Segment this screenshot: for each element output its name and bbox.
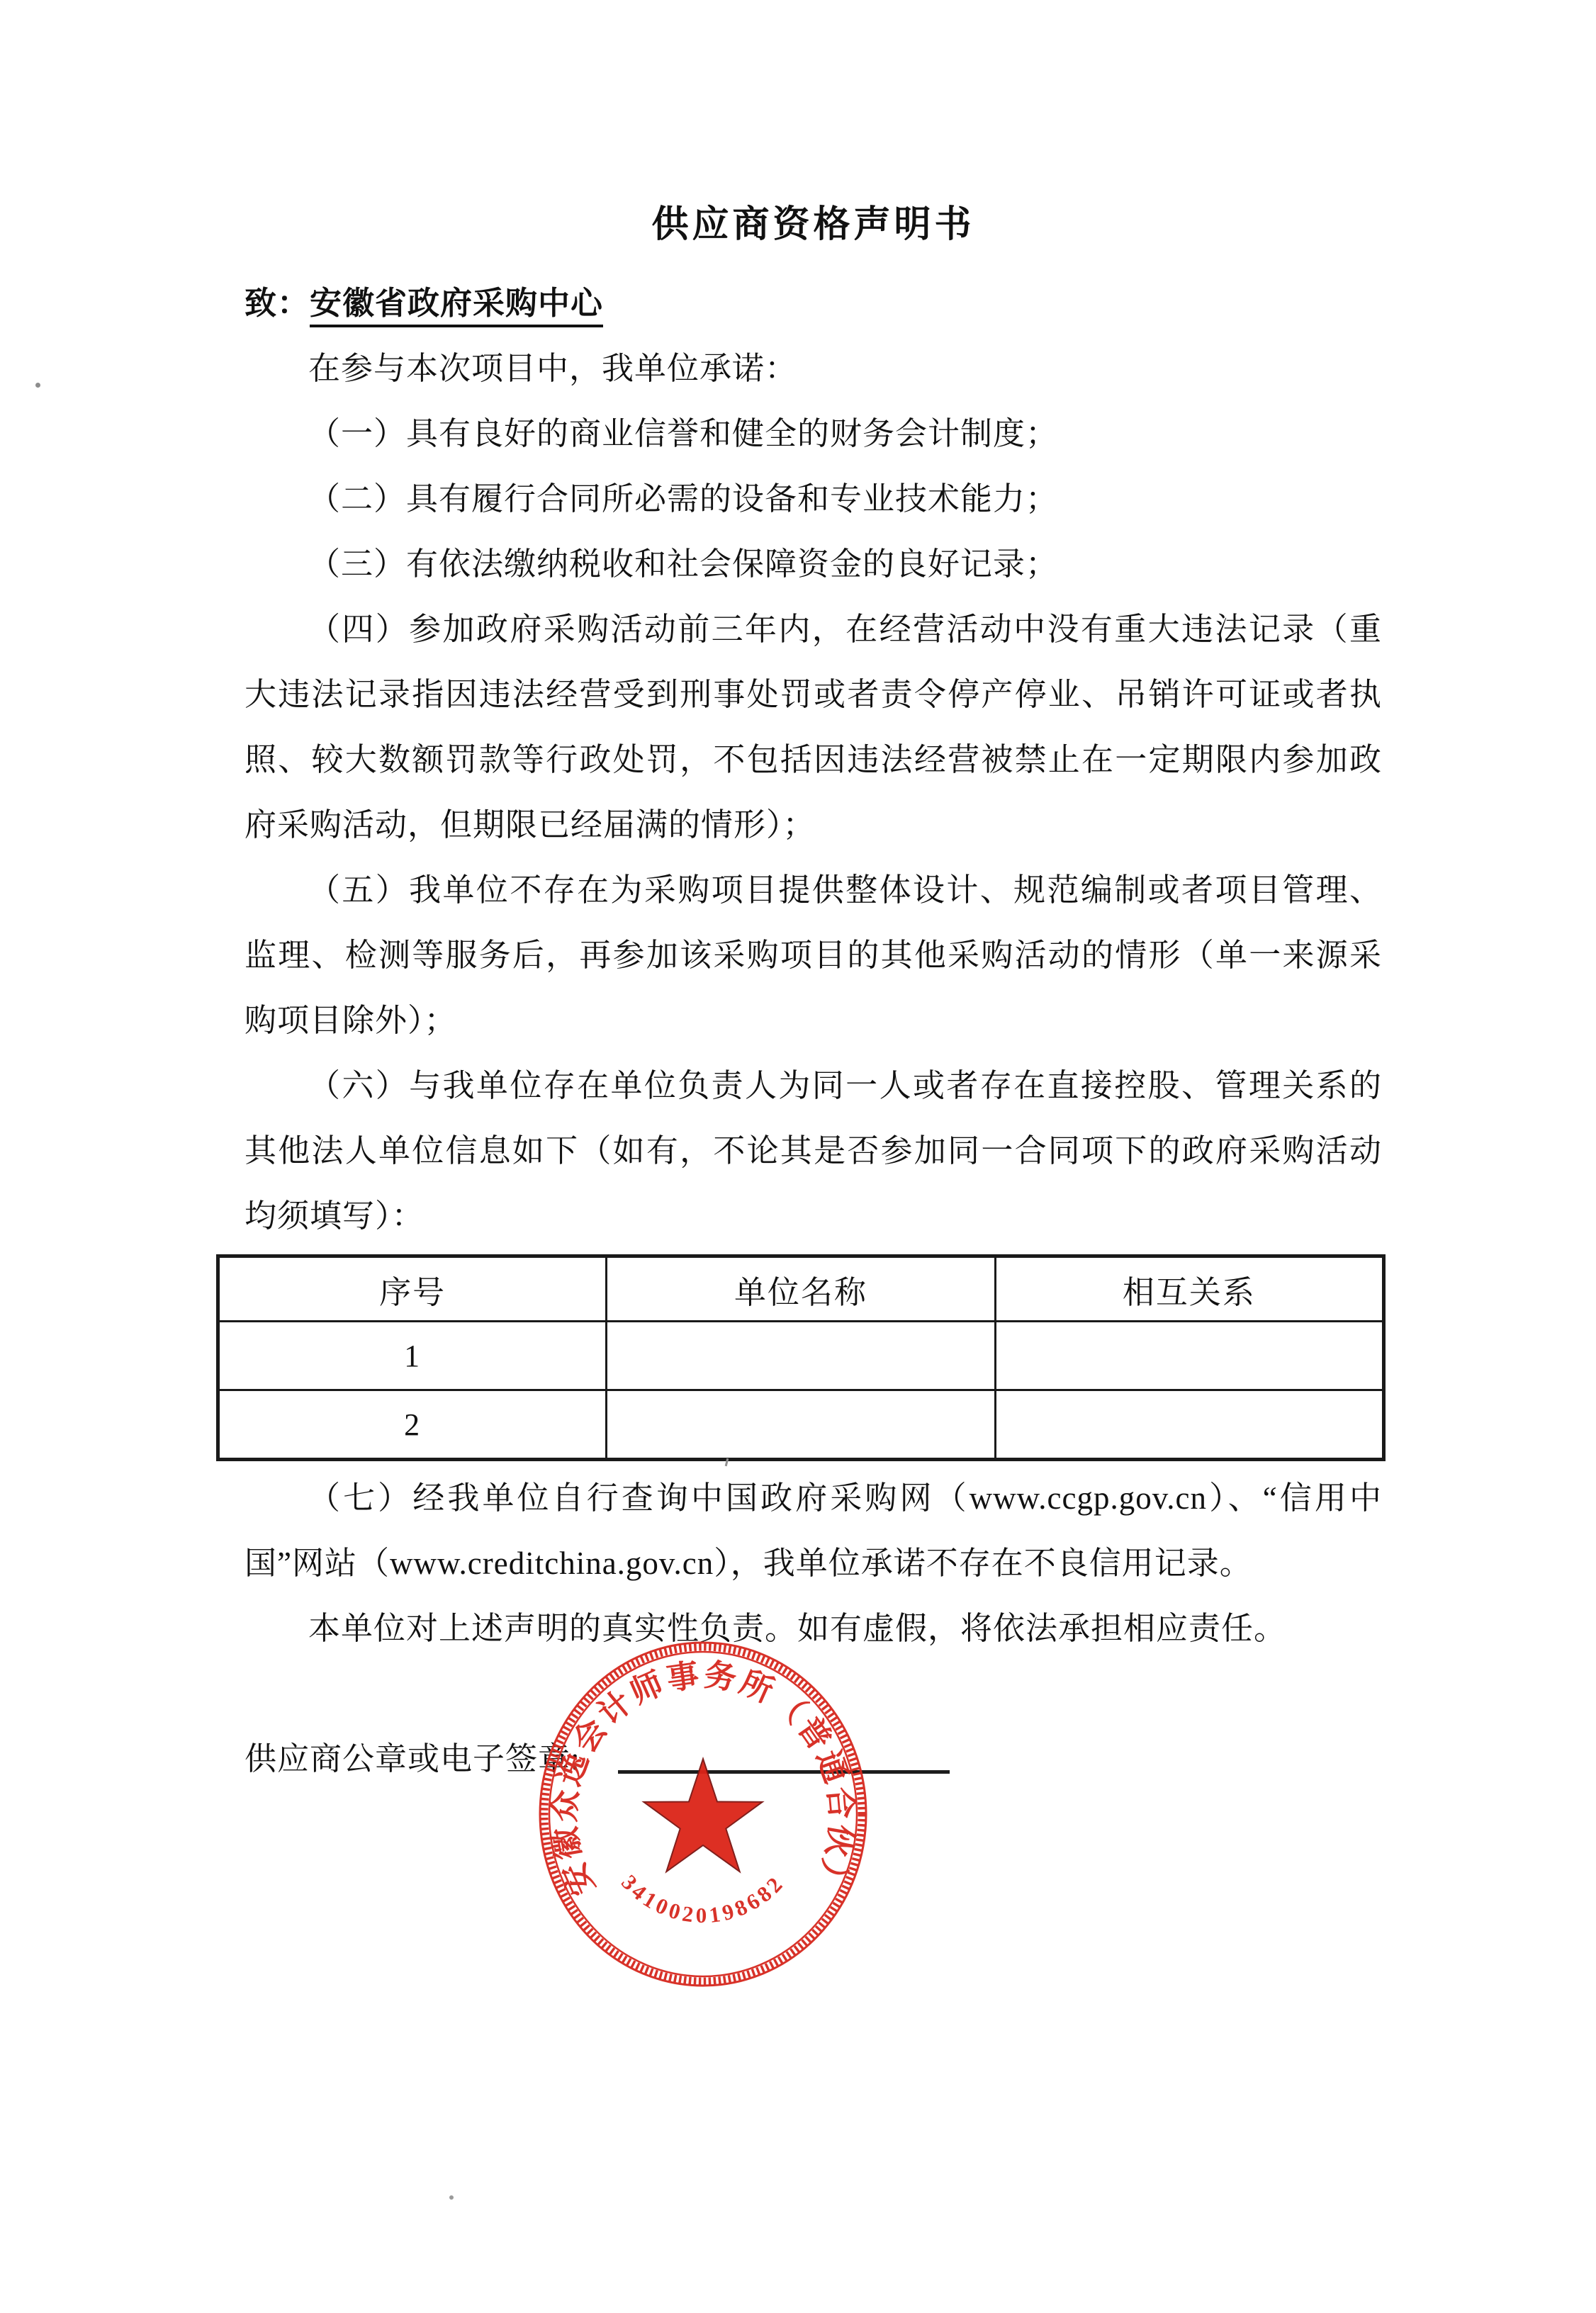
col-header-unit-name: 单位名称 bbox=[607, 1256, 995, 1322]
scan-speck-left bbox=[35, 383, 40, 388]
cell-unit-name-1 bbox=[607, 1322, 995, 1390]
company-seal-stamp: 安徽众逸会计师事务所（普通合伙） 3410020198682 bbox=[533, 1638, 873, 1993]
salutation-prefix: 致： bbox=[245, 286, 310, 321]
table-row: 2 bbox=[218, 1390, 1384, 1460]
salutation-recipient: 安徽省政府采购中心 bbox=[310, 286, 603, 327]
stamp-serial-number-text: 3410020198682 bbox=[617, 1870, 789, 1927]
document-body: 供应商资格声明书 致：安徽省政府采购中心 在参与本次项目中，我单位承诺： （一）… bbox=[245, 0, 1382, 1661]
declaration-item-1: （一）具有良好的商业信誉和健全的财务会计制度； bbox=[245, 401, 1382, 466]
salutation-line: 致：安徽省政府采购中心 bbox=[245, 271, 1382, 336]
scanned-document-page: { "document": { "title": "供应商资格声明书", "sa… bbox=[0, 0, 1596, 2313]
seal-line-label: 供应商公章或电子签章: bbox=[245, 1726, 580, 1791]
cell-unit-name-2 bbox=[607, 1390, 995, 1460]
related-entities-table: 序号 单位名称 相互关系 1 2 bbox=[216, 1254, 1386, 1461]
cell-relation-1 bbox=[995, 1322, 1383, 1390]
declaration-item-2: （二）具有履行合同所必需的设备和专业技术能力； bbox=[245, 466, 1382, 531]
declaration-item-4: （四）参加政府采购活动前三年内，在经营活动中没有重大违法记录（重大违法记录指因违… bbox=[245, 597, 1382, 857]
star-icon bbox=[644, 1759, 762, 1872]
cell-relation-2 bbox=[995, 1390, 1383, 1460]
declaration-item-5: （五）我单位不存在为采购项目提供整体设计、规范编制或者项目管理、监理、检测等服务… bbox=[245, 857, 1382, 1053]
declaration-item-3: （三）有依法缴纳税收和社会保障资金的良好记录； bbox=[245, 531, 1382, 597]
declaration-item-6: （六）与我单位存在单位负责人为同一人或者存在直接控股、管理关系的其他法人单位信息… bbox=[245, 1053, 1382, 1249]
declaration-item-7: （七）经我单位自行查询中国政府采购网（www.ccgp.gov.cn）、“信用中… bbox=[245, 1465, 1382, 1596]
col-header-seq: 序号 bbox=[218, 1256, 607, 1322]
table-row: 1 bbox=[218, 1322, 1384, 1390]
page-title: 供应商资格声明书 bbox=[245, 193, 1382, 258]
intro-line: 在参与本次项目中，我单位承诺： bbox=[245, 336, 1382, 401]
col-header-relation: 相互关系 bbox=[995, 1256, 1383, 1322]
cell-seq-2: 2 bbox=[218, 1390, 607, 1460]
table-header-row: 序号 单位名称 相互关系 bbox=[218, 1256, 1384, 1322]
cell-seq-1: 1 bbox=[218, 1322, 607, 1390]
scan-speck-bottom bbox=[449, 2195, 454, 2200]
